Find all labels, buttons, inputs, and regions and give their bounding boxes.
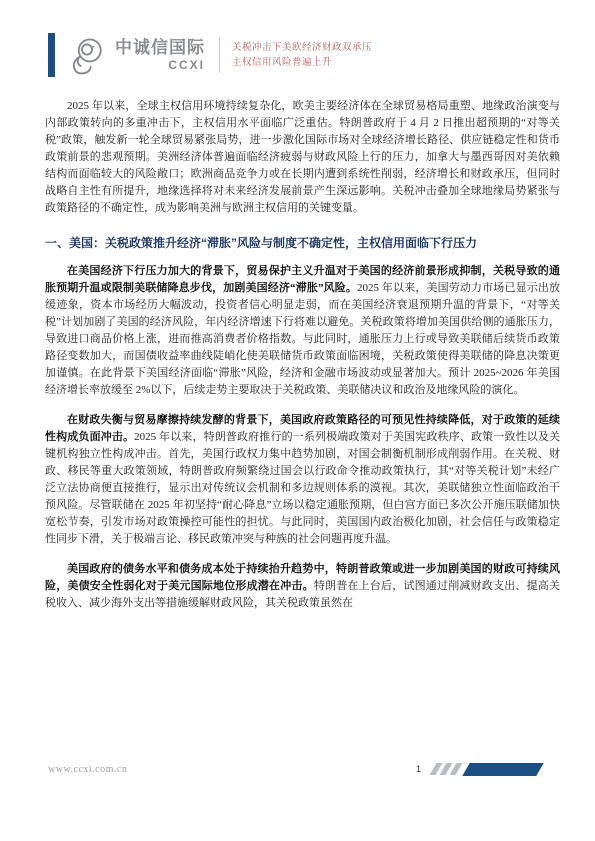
page-header: 中诚信国际 CCXI 关税冲击下美欧经济财政双承压 主权信用风险普遍上升 — [48, 33, 560, 77]
report-subtitle: 关税冲击下美欧经济财政双承压 主权信用风险普遍上升 — [232, 40, 372, 70]
report-subtitle-line2: 主权信用风险普遍上升 — [232, 55, 372, 70]
brand-name-en: CCXI — [168, 59, 205, 71]
intro-paragraph: 2025 年以来，全球主权信用环境持续复杂化，欧美主要经济体在全球贸易格局重塑、… — [45, 98, 560, 217]
website-link[interactable]: www.ccxi.com.cn — [48, 764, 127, 775]
brand-name-cn: 中诚信国际 — [115, 39, 205, 56]
document-body: 2025 年以来，全球主权信用环境持续复杂化，欧美主要经济体在全球贸易格局重塑、… — [45, 98, 560, 612]
footer-stripes-decoration — [433, 763, 540, 776]
ccxi-logo: 中诚信国际 CCXI — [65, 33, 205, 77]
paragraph-us-stagflation: 在美国经济下行压力加大的背景下，贸易保护主义升温对于美国的经济前景形成抑制，关税… — [45, 263, 560, 399]
elephant-logo-icon — [65, 33, 109, 77]
paragraph-text: 2025 年以来，美国劳动力市场已显示出放缓迹象，资本市场经历大幅波动，投资者信… — [45, 282, 560, 396]
report-subtitle-line1: 关税冲击下美欧经济财政双承压 — [232, 40, 372, 55]
paragraph-policy-uncertainty: 在财政失衡与贸易摩擦持续发酵的背景下，美国政府政策路径的可预见性持续降低，对于政… — [45, 412, 560, 548]
stripe-icon — [450, 763, 463, 775]
page-footer: www.ccxi.com.cn 1 — [48, 761, 595, 777]
page-number: 1 — [416, 764, 421, 774]
footer-right-group: 1 — [416, 763, 540, 776]
footer-blue-bar — [462, 763, 544, 776]
paragraph-debt-risk: 美国政府的债务水平和债务成本处于持续抬升趋势中，特朗普政策或进一步加剧美国的财政… — [45, 561, 560, 612]
paragraph-text: 2025 年以来，特朗普政府推行的一系列极端政策对于美国宪政秩序、政策一致性以及… — [45, 431, 560, 545]
section-1-heading: 一、美国：关税政策推升经济“滞胀”风险与制度不确定性，主权信用面临下行压力 — [45, 234, 560, 252]
brand-accent-bar — [48, 33, 55, 77]
report-page: 中诚信国际 CCXI 关税冲击下美欧经济财政双承压 主权信用风险普遍上升 202… — [0, 0, 595, 841]
header-divider — [219, 37, 220, 73]
brand-text: 中诚信国际 CCXI — [115, 39, 205, 71]
